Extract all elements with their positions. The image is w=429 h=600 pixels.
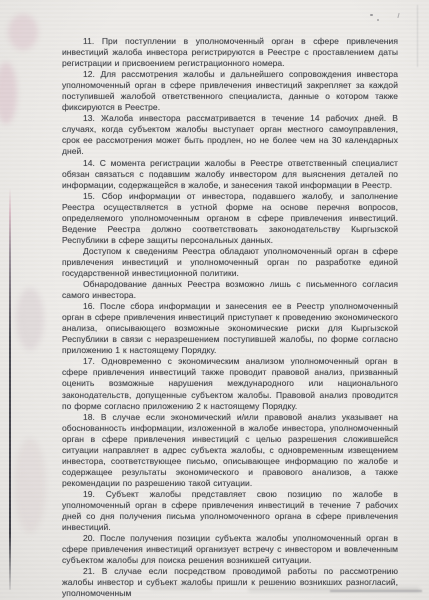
paragraph-20: 20. После получения позиции субъекта жал… [62, 533, 398, 566]
paragraph-disclosure-clause: Обнародование данных Реестра возможно ли… [62, 279, 398, 301]
paragraph-18: 18. В случае если экономический и/или пр… [62, 412, 398, 489]
paragraph-21: 21. В случае если посредством проводимой… [62, 566, 398, 599]
paragraph-17: 17. Одновременно с экономическим анализо… [62, 356, 398, 411]
scan-speck [370, 14, 373, 16]
paragraph-14: 14. С момента регистрации жалобы в Реест… [62, 158, 398, 191]
scanned-document-page: 11. При поступлении в уполномоченный орг… [0, 0, 429, 600]
paragraph-15: 15. Сбор информации от инвестора, подавш… [62, 191, 398, 246]
scan-smudge [0, 62, 17, 124]
scan-smudge [14, 438, 46, 533]
scan-smudge [16, 288, 44, 350]
paragraph-19: 19. Субъект жалобы представляет свою поз… [62, 489, 398, 533]
paragraph-11: 11. При поступлении в уполномоченный орг… [62, 36, 398, 69]
paragraph-12: 12. Для рассмотрения жалобы и дальнейшег… [62, 69, 398, 113]
paragraph-16: 16. После сбора информации и занесения е… [62, 301, 398, 356]
scan-smudge [8, 14, 38, 50]
paragraph-access-clause: Доступом к сведениям Реестра обладают уп… [62, 246, 398, 279]
scan-speck [377, 19, 379, 21]
binding-edge-line [9, 188, 11, 590]
document-text: 11. При поступлении в уполномоченный орг… [62, 36, 398, 599]
page-edge-line [417, 5, 418, 67]
paragraph-13: 13. Жалоба инвестора рассматривается в т… [62, 113, 398, 157]
scan-speck [397, 13, 399, 18]
